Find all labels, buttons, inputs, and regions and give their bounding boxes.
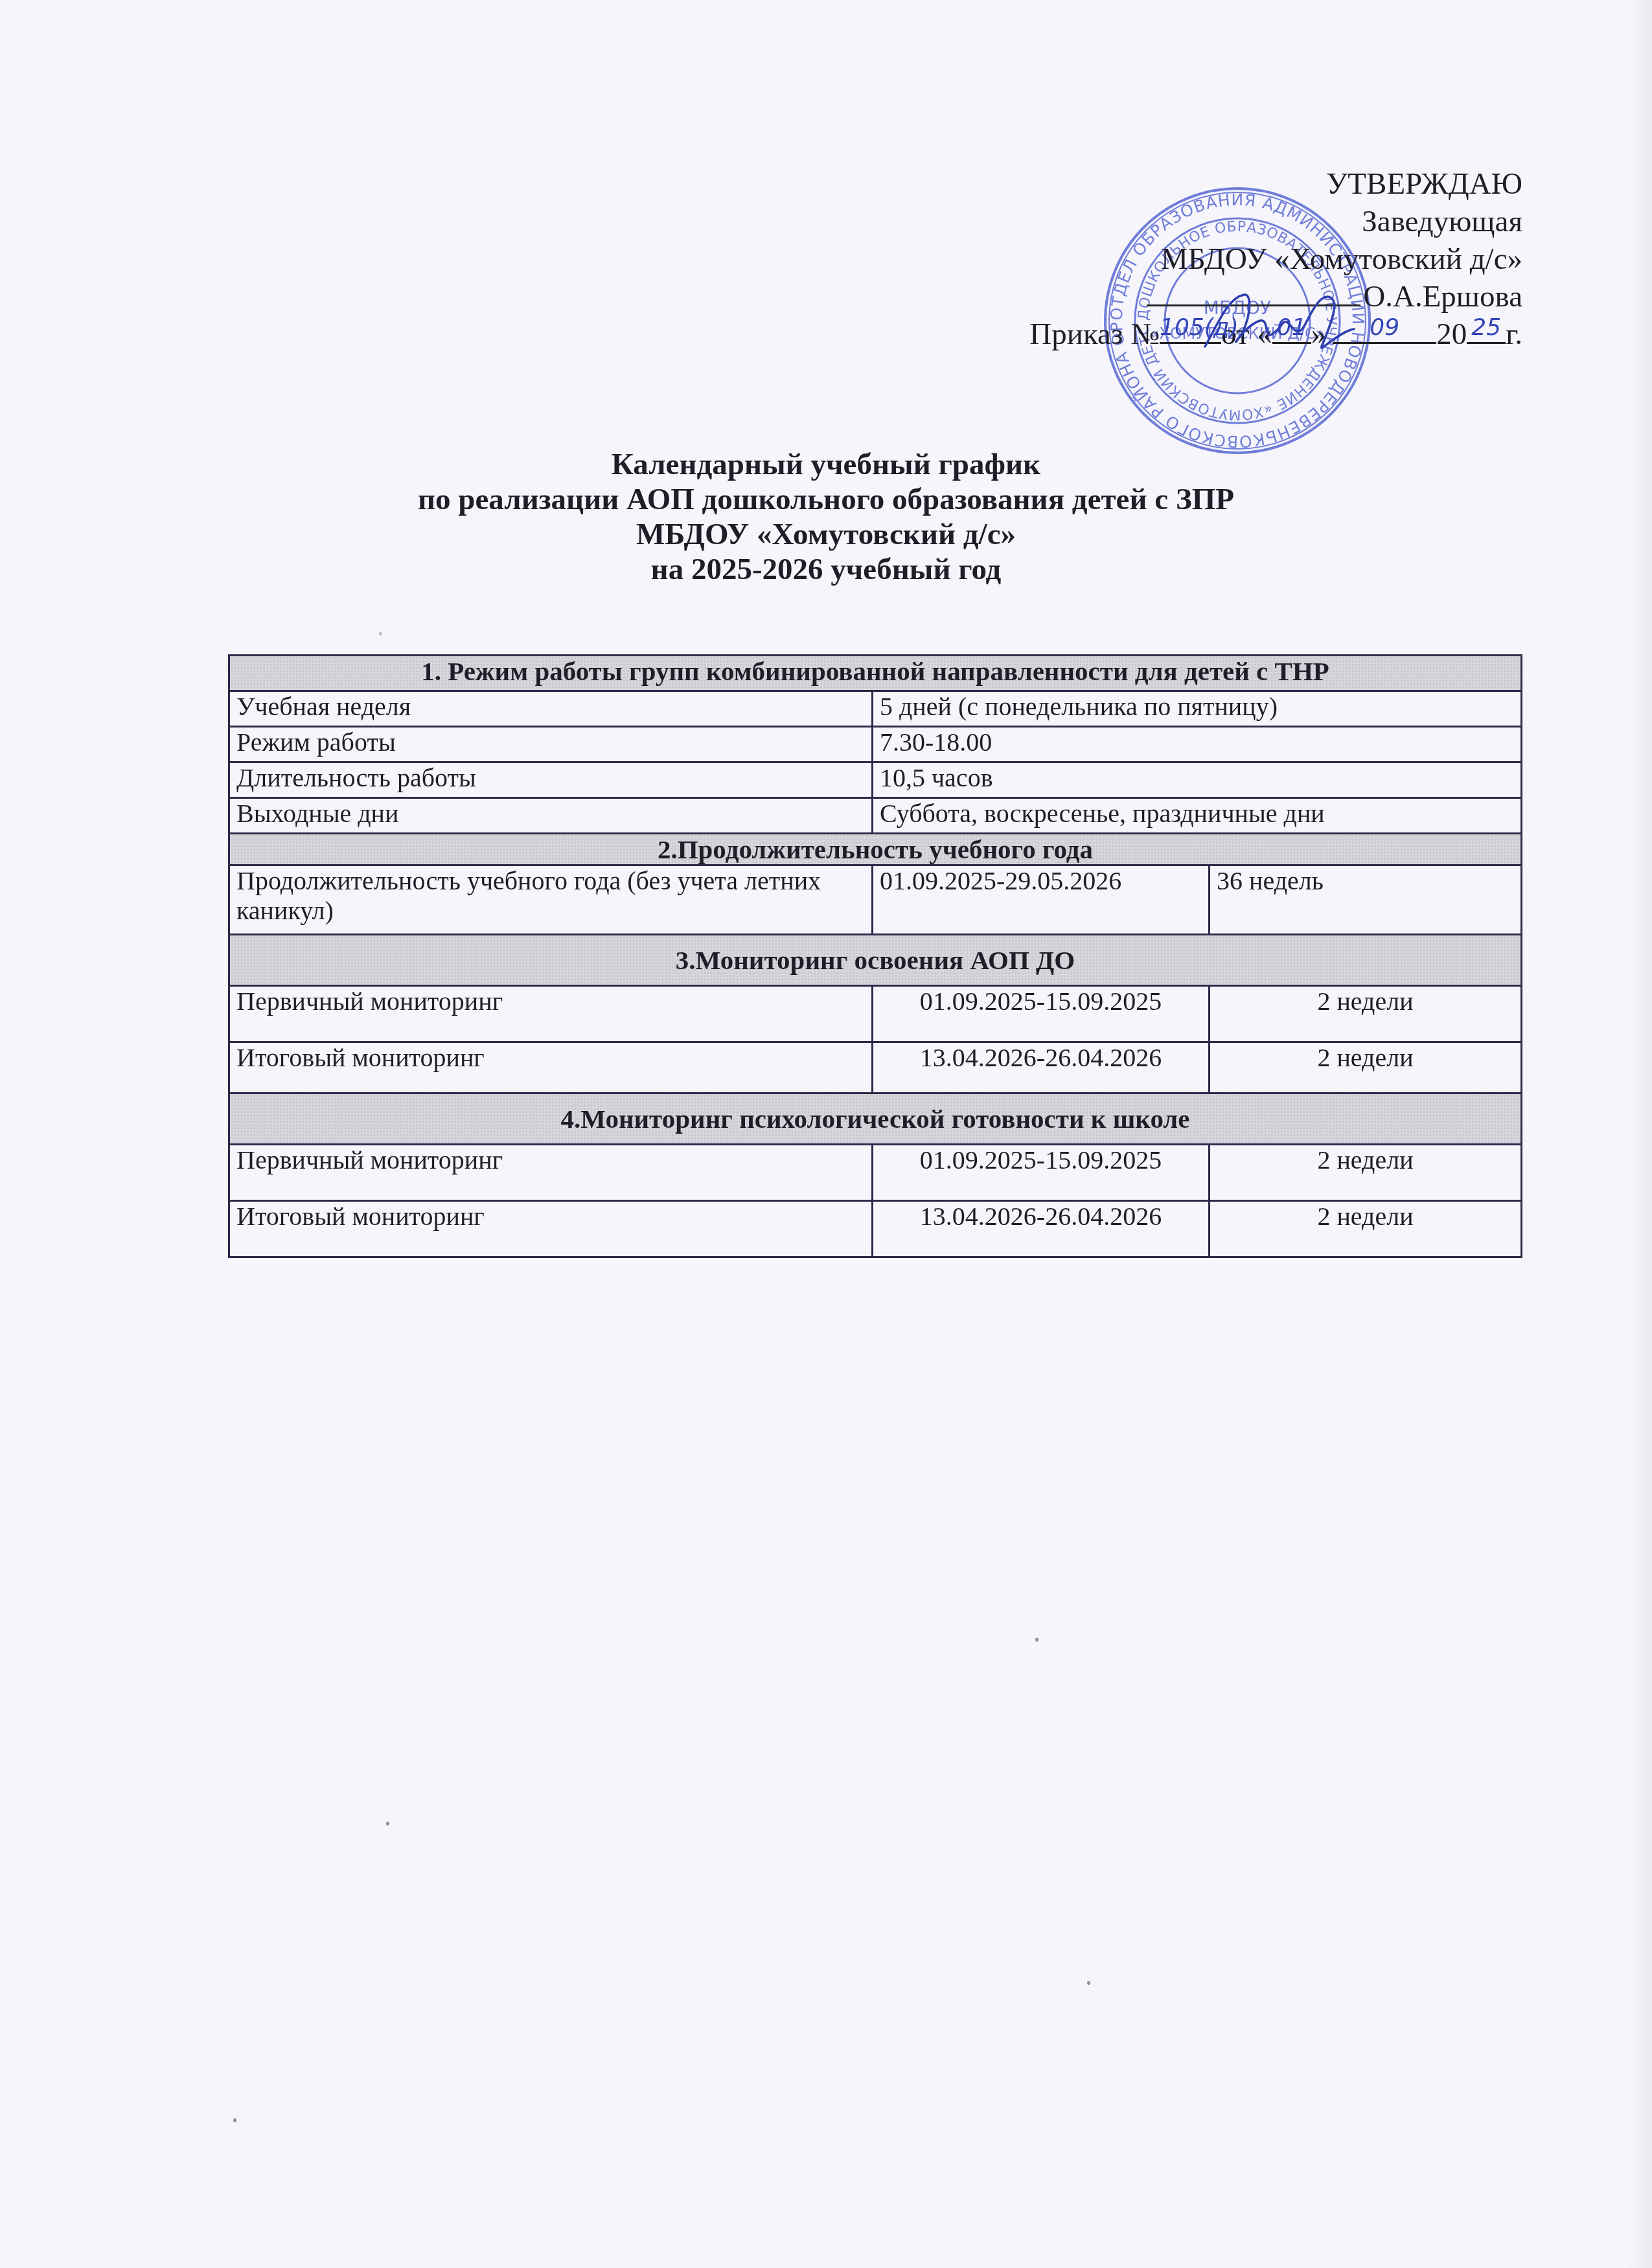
row-label: Итоговый мониторинг [229, 1042, 873, 1094]
section-heading: 1. Режим работы групп комбинированной на… [229, 656, 1522, 691]
table-row: Первичный мониторинг 01.09.2025-15.09.20… [229, 986, 1522, 1042]
title-line-4: на 2025-2026 учебный год [0, 552, 1652, 587]
year-suffix: г. [1506, 317, 1522, 351]
year-handwritten: 25 [1467, 315, 1506, 341]
order-number-field: 105(д) [1160, 316, 1221, 344]
row-label: Итоговый мониторинг [229, 1201, 873, 1257]
row-label: Режим работы [229, 727, 873, 762]
section-header-row: 3.Мониторинг освоения АОП ДО [229, 935, 1522, 986]
order-number-handwritten: 105(д) [1160, 315, 1221, 341]
title-line-1: Календарный учебный график [0, 447, 1652, 482]
row-label: Продолжительность учебного года (без уче… [229, 865, 873, 935]
row-value: 10,5 часов [873, 762, 1522, 798]
row-period: 01.09.2025-15.09.2025 [873, 1145, 1210, 1201]
table-row: Выходные дни Суббота, воскресенье, празд… [229, 798, 1522, 834]
table-row: Итоговый мониторинг 13.04.2026-26.04.202… [229, 1042, 1522, 1094]
section-heading: 3.Мониторинг освоения АОП ДО [229, 935, 1522, 986]
table-row: Учебная неделя 5 дней (с понедельника по… [229, 691, 1522, 727]
scan-speck [1087, 1981, 1090, 1985]
month-field: 09 [1333, 316, 1436, 344]
section-header-row: 4.Мониторинг психологической готовности … [229, 1094, 1522, 1145]
row-label: Выходные дни [229, 798, 873, 834]
row-label: Первичный мониторинг [229, 1145, 873, 1201]
section-heading: 2.Продолжительность учебного года [229, 834, 1522, 865]
signature-field [1147, 279, 1360, 306]
table-row: Длительность работы 10,5 часов [229, 762, 1522, 798]
row-duration: 2 недели [1210, 1042, 1522, 1094]
row-label: Длительность работы [229, 762, 873, 798]
row-value: 7.30-18.00 [873, 727, 1522, 762]
day-field: 01 [1272, 316, 1311, 344]
row-label: Первичный мониторинг [229, 986, 873, 1042]
month-handwritten: 09 [1333, 315, 1436, 341]
table-row: Итоговый мониторинг 13.04.2026-26.04.202… [229, 1201, 1522, 1257]
approve-heading: УТВЕРЖДАЮ [875, 165, 1522, 203]
scan-speck [379, 632, 382, 636]
row-period: 13.04.2026-26.04.2026 [873, 1042, 1210, 1094]
schedule-table: 1. Режим работы групп комбинированной на… [228, 654, 1522, 1258]
row-value: Суббота, воскресенье, праздничные дни [873, 798, 1522, 834]
section-heading: 4.Мониторинг психологической готовности … [229, 1094, 1522, 1145]
row-duration: 2 недели [1210, 1201, 1522, 1257]
date-quote-close: » [1311, 317, 1327, 351]
row-duration: 2 недели [1210, 986, 1522, 1042]
signature-line: О.А.Ершова [875, 278, 1522, 315]
approver-organization: МБДОУ «Хомутовский д/с» [875, 240, 1522, 278]
title-line-3: МБДОУ «Хомутовский д/с» [0, 517, 1652, 552]
year-field: 25 [1467, 316, 1506, 344]
row-duration: 2 недели [1210, 1145, 1522, 1201]
approval-block: УТВЕРЖДАЮ Заведующая МБДОУ «Хомутовский … [875, 165, 1522, 353]
title-line-2: по реализации АОП дошкольного образовани… [0, 482, 1652, 517]
approver-name: О.А.Ершова [1363, 280, 1522, 314]
section-header-row: 2.Продолжительность учебного года [229, 834, 1522, 865]
row-label: Учебная неделя [229, 691, 873, 727]
row-period: 01.09.2025-15.09.2025 [873, 986, 1210, 1042]
scan-speck [1035, 1638, 1038, 1642]
scan-speck [386, 1822, 389, 1826]
scan-speck [233, 2118, 236, 2122]
day-handwritten: 01 [1272, 315, 1311, 341]
table-row: Первичный мониторинг 01.09.2025-15.09.20… [229, 1145, 1522, 1201]
row-value: 5 дней (с понедельника по пятницу) [873, 691, 1522, 727]
section-header-row: 1. Режим работы групп комбинированной на… [229, 656, 1522, 691]
table-row: Режим работы 7.30-18.00 [229, 727, 1522, 762]
table-row: Продолжительность учебного года (без уче… [229, 865, 1522, 935]
approver-position: Заведующая [875, 203, 1522, 240]
year-prefix: 20 [1436, 317, 1467, 351]
row-period: 01.09.2025-29.05.2026 [873, 865, 1210, 935]
row-period: 13.04.2026-26.04.2026 [873, 1201, 1210, 1257]
row-duration: 36 недель [1210, 865, 1522, 935]
page-edge-shadow [1626, 0, 1652, 2268]
order-prefix: Приказ № [1029, 317, 1160, 351]
document-title: Календарный учебный график по реализации… [0, 447, 1652, 587]
order-line: Приказ №105(д)от «01»092025г. [875, 315, 1522, 353]
